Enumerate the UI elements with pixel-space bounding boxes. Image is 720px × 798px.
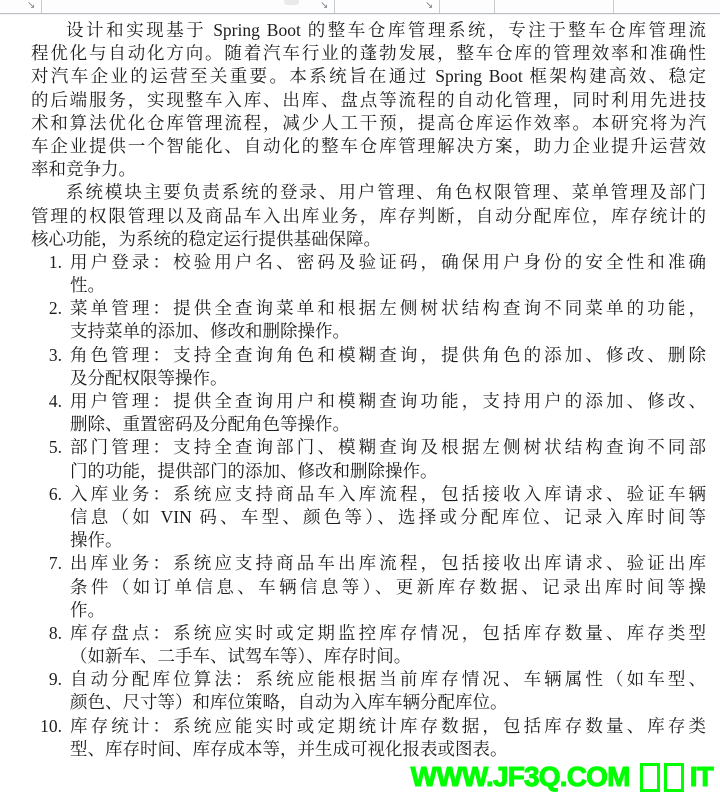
column-divider bbox=[334, 0, 335, 13]
text-line: 术和算法优化仓库管理流程，减少人工干预，提高仓库运作效率。本研究将为汽 bbox=[31, 112, 706, 135]
list-item-number: 6. bbox=[36, 483, 62, 506]
list-item-number: 8. bbox=[36, 622, 62, 645]
list-item-number: 10. bbox=[36, 715, 62, 738]
missing-glyph-box bbox=[640, 763, 660, 792]
text-line: 条件（如订单信息、车辆信息等）、更新库存数据、记录出库时间等操 bbox=[70, 576, 706, 599]
list-item-number: 5. bbox=[36, 436, 62, 459]
cell-wrap-marker-icon: ↘ bbox=[320, 0, 328, 12]
text-line: 用户登录：校验用户名、密码及验证码，确保用户身份的安全性和准确 bbox=[70, 251, 706, 274]
column-divider bbox=[439, 0, 440, 13]
text-line: 对汽车企业的运营至关重要。本系统旨在通过 Spring Boot 框架构建高效、… bbox=[31, 65, 706, 88]
top-chrome-strip: ↘ ↘ ↘ bbox=[0, 0, 720, 14]
text-line: 出库业务：系统应支持商品车出库流程，包括接收出库请求、验证出库 bbox=[70, 552, 706, 575]
text-line: 门的功能，提供部门的添加、修改和删除操作。 bbox=[70, 460, 706, 483]
list-item: 4.用户管理：提供全查询用户和模糊查询功能，支持用户的添加、修改、删除、重置密码… bbox=[31, 390, 706, 436]
text-line: 率和竞争力。 bbox=[31, 158, 706, 181]
list-item: 7.出库业务：系统应支持商品车出库流程，包括接收出库请求、验证出库条件（如订单信… bbox=[31, 552, 706, 622]
list-item-number: 4. bbox=[36, 390, 62, 413]
text-line: 及分配权限等操作。 bbox=[70, 367, 706, 390]
scroll-tab bbox=[284, 0, 299, 5]
list-item: 5.部门管理：支持全查询部门、模糊查询及根据左侧树状结构查询不同部门的功能，提供… bbox=[31, 436, 706, 482]
watermark: WWW.JF3Q.COM IT bbox=[411, 761, 713, 793]
text-line: 系统模块主要负责系统的登录、用户管理、角色权限管理、菜单管理及部门 bbox=[31, 181, 706, 204]
text-line: 车企业提供一个智能化、自动化的整车仓库管理解决方案，助力企业提升运营效 bbox=[31, 135, 706, 158]
text-line: 操作。 bbox=[70, 529, 706, 552]
column-divider bbox=[41, 0, 42, 13]
paragraph: 设计和实现基于 Spring Boot 的整车仓库管理系统，专注于整车仓库管理流… bbox=[31, 19, 706, 181]
watermark-missing-glyph-boxes bbox=[638, 763, 686, 792]
list-item: 9.自动分配库位算法：系统应能根据当前库存情况、车辆属性（如车型、颜色、尺寸等）… bbox=[31, 668, 706, 714]
list-item: 10.库存统计：系统应能实时或定期统计库存数据，包括库存数量、库存类型、库存时间… bbox=[31, 715, 706, 761]
list-item: 3.角色管理：支持全查询角色和模糊查询，提供角色的添加、修改、删除及分配权限等操… bbox=[31, 344, 706, 390]
text-line: 型、库存时间、库存成本等，并生成可视化报表或图表。 bbox=[70, 738, 706, 761]
text-line: 程优化与自动化方向。随着汽车行业的蓬勃发展，整车仓库的管理效率和准确性 bbox=[31, 42, 706, 65]
text-line: （如新车、二手车、试驾车等）、库存时间。 bbox=[70, 645, 706, 668]
watermark-suffix-text: IT bbox=[690, 761, 713, 793]
list-item: 8.库存盘点：系统应实时或定期监控库存情况，包括库存数量、库存类型（如新车、二手… bbox=[31, 622, 706, 668]
text-line: 作。 bbox=[70, 599, 706, 622]
text-line: 角色管理：支持全查询角色和模糊查询，提供角色的添加、修改、删除 bbox=[70, 344, 706, 367]
list-item-number: 9. bbox=[36, 668, 62, 691]
list-item: 1.用户登录：校验用户名、密码及验证码，确保用户身份的安全性和准确性。 bbox=[31, 251, 706, 297]
list-item-number: 1. bbox=[36, 251, 62, 274]
text-line: 用户管理：提供全查询用户和模糊查询功能，支持用户的添加、修改、 bbox=[70, 390, 706, 413]
text-line: 部门管理：支持全查询部门、模糊查询及根据左侧树状结构查询不同部 bbox=[70, 436, 706, 459]
text-line: 库存盘点：系统应实时或定期监控库存情况，包括库存数量、库存类型 bbox=[70, 622, 706, 645]
list-item: 2.菜单管理：提供全查询菜单和根据左侧树状结构查询不同菜单的功能，支持菜单的添加… bbox=[31, 297, 706, 343]
text-line: 库存统计：系统应能实时或定期统计库存数据，包括库存数量、库存类 bbox=[70, 715, 706, 738]
list-item-number: 2. bbox=[36, 297, 62, 320]
text-line: 入库业务：系统应支持商品车入库流程，包括接收入库请求、验证车辆 bbox=[70, 483, 706, 506]
text-line: 信息（如 VIN 码、车型、颜色等）、选择或分配库位、记录入库时间等 bbox=[70, 506, 706, 529]
text-line: 颜色、尺寸等）和库位策略，自动为入库车辆分配库位。 bbox=[70, 691, 706, 714]
missing-glyph-box bbox=[664, 763, 684, 792]
column-divider bbox=[494, 0, 495, 13]
document-body: 设计和实现基于 Spring Boot 的整车仓库管理系统，专注于整车仓库管理流… bbox=[0, 14, 720, 761]
text-line: 删除、重置密码及分配角色等操作。 bbox=[70, 413, 706, 436]
list-item-number: 3. bbox=[36, 344, 62, 367]
text-line: 核心功能，为系统的稳定运行提供基础保障。 bbox=[31, 228, 706, 251]
paragraph: 系统模块主要负责系统的登录、用户管理、角色权限管理、菜单管理及部门管理的权限管理… bbox=[31, 181, 706, 251]
text-line: 支持菜单的添加、修改和删除操作。 bbox=[70, 320, 706, 343]
column-divider bbox=[613, 0, 614, 13]
text-line: 设计和实现基于 Spring Boot 的整车仓库管理系统，专注于整车仓库管理流 bbox=[31, 19, 706, 42]
text-line: 性。 bbox=[70, 274, 706, 297]
cell-wrap-marker-icon: ↘ bbox=[425, 0, 433, 12]
text-line: 管理的权限管理以及商品车入出库业务，库存判断，自动分配库位，库存统计的 bbox=[31, 205, 706, 228]
watermark-url-text: WWW.JF3Q.COM bbox=[411, 761, 630, 793]
text-line: 菜单管理：提供全查询菜单和根据左侧树状结构查询不同菜单的功能， bbox=[70, 297, 706, 320]
list-item-number: 7. bbox=[36, 552, 62, 575]
text-line: 自动分配库位算法：系统应能根据当前库存情况、车辆属性（如车型、 bbox=[70, 668, 706, 691]
cell-wrap-marker-icon: ↘ bbox=[27, 0, 35, 12]
text-line: 的后端服务，实现整车入库、出库、盘点等流程的自动化管理，同时利用先进技 bbox=[31, 89, 706, 112]
list-item: 6.入库业务：系统应支持商品车入库流程，包括接收入库请求、验证车辆信息（如 VI… bbox=[31, 483, 706, 553]
